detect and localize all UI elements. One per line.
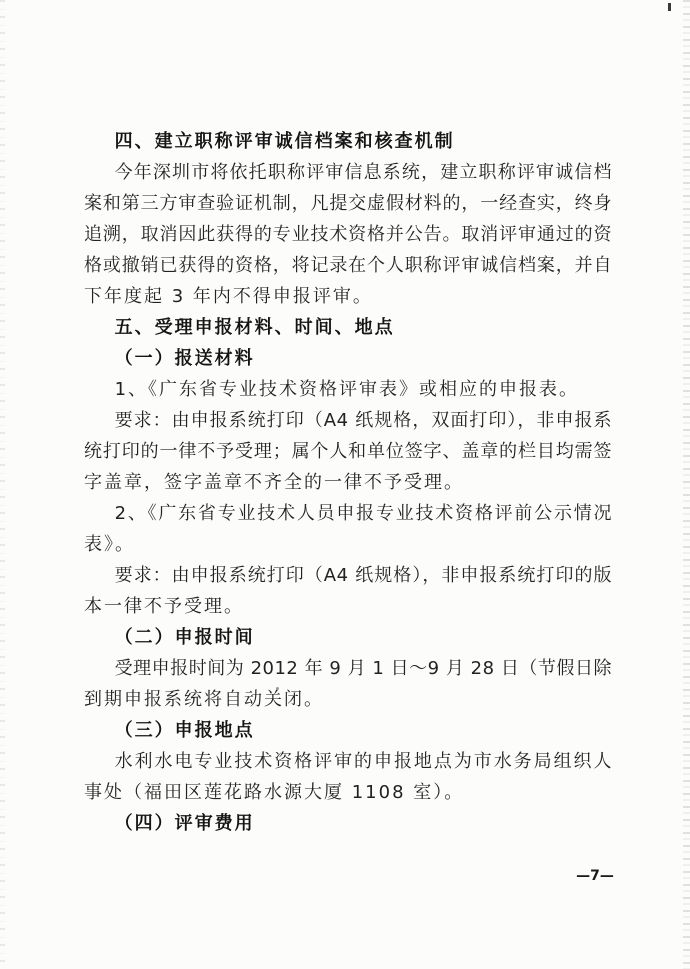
text-line: 水利水电专业技术资格评审的申报地点为市水务局组织人: [84, 746, 612, 777]
text-line: 要求：由申报系统打印（A4 纸规格，双面打印），非申报系: [84, 405, 612, 436]
document-page: 四、建立职称评审诚信档案和核查机制今年深圳市将依托职称评审信息系统，建立职称评审…: [0, 0, 690, 969]
heading-line: 五、受理申报材料、时间、地点: [84, 312, 612, 343]
text-line: 统打印的一律不予受理；属个人和单位签字、盖章的栏目均需签: [84, 436, 612, 467]
heading-line: （三）申报地点: [84, 715, 612, 746]
heading-line: （四）评审费用: [84, 808, 612, 839]
text-line: 案和第三方审查验证机制，凡提交虚假材料的，一经查实，终身: [84, 188, 612, 219]
heading-line: （二）申报时间: [84, 622, 612, 653]
heading-line: 四、建立职称评审诚信档案和核查机制: [84, 126, 612, 157]
heading-line: （一）报送材料: [84, 343, 612, 374]
text-line: 到期申报系统将自动关闭。: [84, 684, 612, 715]
text-line: 字盖章，签字盖章不齐全的一律不予受理。: [84, 467, 612, 498]
text-line: 受理申报时间为 2012 年 9 月 1 日～9 月 28 日（节假日除外）。: [84, 653, 612, 684]
text-line: 表》。: [84, 529, 612, 560]
text-line: 1、《广东省专业技术资格评审表》或相应的申报表。: [84, 374, 612, 405]
scan-noise-left-edge: [0, 0, 5, 969]
text-line: 今年深圳市将依托职称评审信息系统，建立职称评审诚信档: [84, 157, 612, 188]
text-line: 2、《广东省专业技术人员申报专业技术资格评前公示情况: [84, 498, 612, 529]
text-line: 格或撤销已获得的资格，将记录在个人职称评审诚信档案，并自: [84, 250, 612, 281]
text-line: 本一律不予受理。: [84, 591, 612, 622]
page-number: —7—: [560, 866, 630, 886]
text-line: 要求：由申报系统打印（A4 纸规格），非申报系统打印的版: [84, 560, 612, 591]
text-line: 事处（福田区莲花路水源大厦 1108 室）。: [84, 777, 612, 808]
text-line: 追溯，取消因此获得的专业技术资格并公告。取消评审通过的资: [84, 219, 612, 250]
document-body: 四、建立职称评审诚信档案和核查机制今年深圳市将依托职称评审信息系统，建立职称评审…: [84, 126, 612, 839]
scan-speck: [668, 3, 671, 11]
text-line: 下年度起 3 年内不得申报评审。: [84, 281, 612, 312]
scan-noise-right-edge: [683, 0, 690, 969]
